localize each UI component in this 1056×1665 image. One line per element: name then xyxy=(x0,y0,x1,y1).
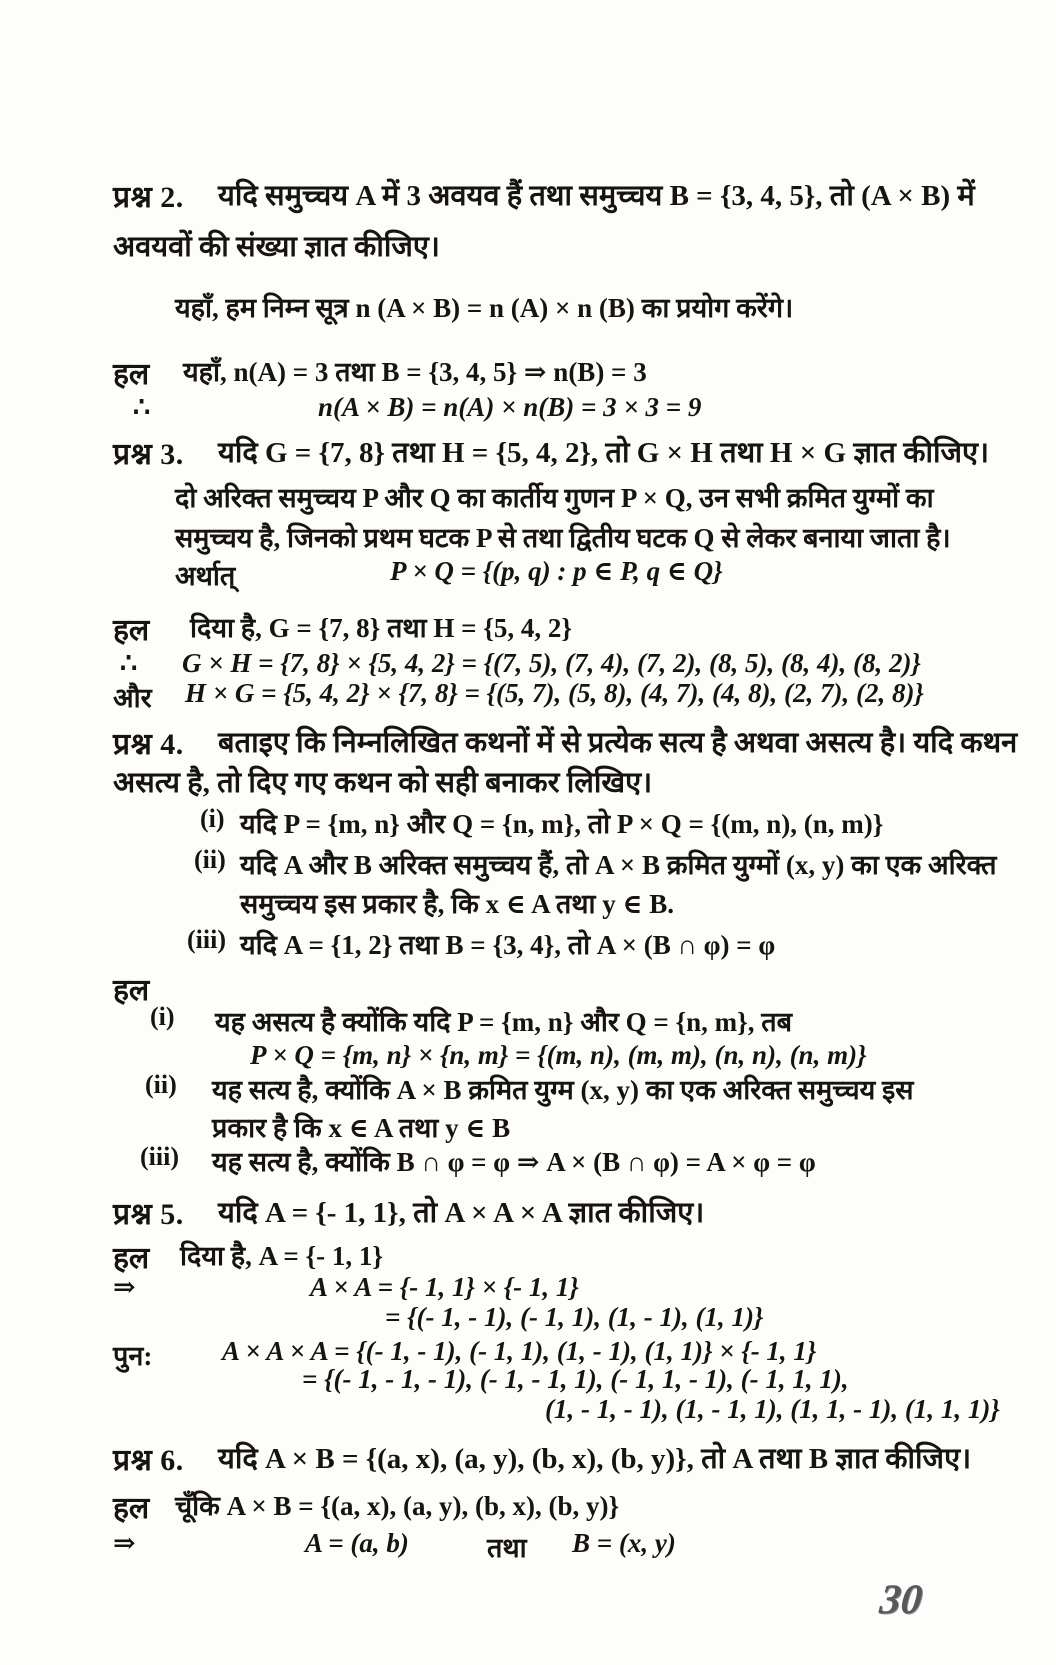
question-6-text: यदि A × B = {(a, x), (a, y), (b, x), (b,… xyxy=(218,1438,971,1477)
text-line: (iii)यह सत्य है, क्योंकि B ∩ φ = φ ⇒ A ×… xyxy=(0,1142,1056,1184)
item-i-marker: (i) xyxy=(200,804,225,834)
solution-2-text: यहाँ, n(A) = 3 तथा B = {3, 4, 5} ⇒ n(B) … xyxy=(183,352,647,389)
implies-symbol: ⇒ xyxy=(113,1528,136,1559)
question-3-label: प्रश्न 3. xyxy=(113,432,184,473)
solution-3-given: दिया है, G = {7, 8} तथा H = {5, 4, 2} xyxy=(190,608,572,645)
and-label: और xyxy=(113,678,152,715)
text-line: (i)यदि P = {m, n} और Q = {n, m}, तो P × … xyxy=(0,804,1056,846)
question-2-text: यदि समुच्चय A में 3 अवयव हैं तथा समुच्चय… xyxy=(218,175,975,214)
text-line: प्रश्न 3.यदि G = {7, 8} तथा H = {5, 4, 2… xyxy=(0,432,1056,474)
text-line: (ii)यह सत्य है, क्योंकि A × B क्रमित युग… xyxy=(0,1070,1056,1112)
implies-symbol: ⇒ xyxy=(113,1272,136,1303)
item-i-text: यदि P = {m, n} और Q = {n, m}, तो P × Q =… xyxy=(240,804,883,841)
text-line: (ii)यदि A और B अरिक्त समुच्चय हैं, तो A … xyxy=(0,845,1056,887)
solution-3-label: हल xyxy=(113,608,149,649)
text-line: प्रश्न 4.बताइए कि निम्नलिखित कथनों में स… xyxy=(0,722,1056,764)
text-line: हलदिया है, G = {7, 8} तथा H = {5, 4, 2} xyxy=(0,608,1056,650)
text-line: (iii)यदि A = {1, 2} तथा B = {3, 4}, तो A… xyxy=(0,925,1056,967)
equation: n(A × B) = n(A) × n(B) = 3 × 3 = 9 xyxy=(318,392,701,423)
solution-5-given: दिया है, A = {- 1, 1} xyxy=(180,1236,383,1273)
equation-h-cross-g: H × G = {5, 4, 2} × {7, 8} = {(5, 7), (5… xyxy=(185,678,924,709)
and-word: तथा xyxy=(487,1528,527,1565)
text-line: (i)यह असत्य है क्योंकि यदि P = {m, n} और… xyxy=(0,1002,1056,1044)
question-3-text: यदि G = {7, 8} तथा H = {5, 4, 2}, तो G ×… xyxy=(218,432,989,471)
textbook-page: प्रश्न 2.यदि समुच्चय A में 3 अवयव हैं तथ… xyxy=(0,0,1056,1665)
text-line: समुच्चय इस प्रकार है, कि x ∈ A तथा y ∈ B… xyxy=(0,884,1056,926)
therefore-symbol: ∴ xyxy=(120,648,137,679)
question-5-text: यदि A = {- 1, 1}, तो A × A × A ज्ञात कीज… xyxy=(218,1192,704,1231)
formula: P × Q = {(p, q) : p ∈ P, q ∈ Q} xyxy=(390,556,723,587)
text-line: अवयवों की संख्या ज्ञात कीजिए। xyxy=(0,226,1056,268)
equation-a-result: A = (a, b) xyxy=(305,1528,409,1559)
text-line: हलचूँकि A × B = {(a, x), (a, y), (b, x),… xyxy=(0,1486,1056,1528)
equation-a-cubed-result-2: (1, - 1, - 1), (1, - 1, 1), (1, 1, - 1),… xyxy=(545,1394,1000,1425)
definition-text: दो अरिक्त समुच्चय P और Q का कार्तीय गुणन… xyxy=(175,478,934,515)
question-2-text-wrap: अवयवों की संख्या ज्ञात कीजिए। xyxy=(113,226,440,265)
hint-text: यहाँ, हम निम्न सूत्र n (A × B) = n (A) ×… xyxy=(175,288,793,325)
item-iii-marker: (iii) xyxy=(187,925,226,955)
text-line: प्रश्न 6.यदि A × B = {(a, x), (a, y), (b… xyxy=(0,1438,1056,1480)
text-line: प्रश्न 2.यदि समुच्चय A में 3 अवयव हैं तथ… xyxy=(0,175,1056,217)
equation-a-cubed: A × A × A = {(- 1, - 1), (- 1, 1), (1, -… xyxy=(222,1336,816,1367)
text-line: दो अरिक्त समुच्चय P और Q का कार्तीय गुणन… xyxy=(0,478,1056,520)
item-ii-marker: (ii) xyxy=(194,845,226,875)
therefore-symbol: ∴ xyxy=(133,392,150,423)
question-4-text: बताइए कि निम्नलिखित कथनों में से प्रत्ये… xyxy=(218,722,1017,761)
question-4-label: प्रश्न 4. xyxy=(113,722,184,763)
answer-iii-marker: (iii) xyxy=(140,1142,179,1172)
answer-i-text: यह असत्य है क्योंकि यदि P = {m, n} और Q … xyxy=(215,1002,792,1039)
answer-ii-text: यह सत्य है, क्योंकि A × B क्रमित युग्म (… xyxy=(212,1070,914,1107)
equation-a-cross-a: A × A = {- 1, 1} × {- 1, 1} xyxy=(310,1272,579,1303)
text-line: औरH × G = {5, 4, 2} × {7, 8} = {(5, 7), … xyxy=(0,678,1056,720)
equation-b-result: B = (x, y) xyxy=(572,1528,676,1559)
text-line: असत्य है, तो दिए गए कथन को सही बनाकर लिख… xyxy=(0,762,1056,804)
question-5-label: प्रश्न 5. xyxy=(113,1192,184,1233)
item-iii-text: यदि A = {1, 2} तथा B = {3, 4}, तो A × (B… xyxy=(240,925,775,962)
text-line: प्रश्न 5.यदि A = {- 1, 1}, तो A × A × A … xyxy=(0,1192,1056,1234)
question-4-text-wrap: असत्य है, तो दिए गए कथन को सही बनाकर लिख… xyxy=(113,762,652,801)
text-line: ∴n(A × B) = n(A) × n(B) = 3 × 3 = 9 xyxy=(0,392,1056,434)
equation-a-cross-a-result: = {(- 1, - 1), (- 1, 1), (1, - 1), (1, 1… xyxy=(385,1302,763,1333)
answer-iii-text: यह सत्य है, क्योंकि B ∩ φ = φ ⇒ A × (B ∩… xyxy=(212,1142,816,1179)
solution-6-text: चूँकि A × B = {(a, x), (a, y), (b, x), (… xyxy=(175,1486,619,1523)
definition-text-wrap: समुच्चय है, जिनको प्रथम घटक P से तथा द्व… xyxy=(175,518,951,555)
that-is-label: अर्थात् xyxy=(175,556,235,593)
item-ii-text-wrap: समुच्चय इस प्रकार है, कि x ∈ A तथा y ∈ B… xyxy=(240,884,674,921)
text-line: (1, - 1, - 1), (1, - 1, 1), (1, 1, - 1),… xyxy=(0,1394,1056,1436)
item-ii-text: यदि A और B अरिक्त समुच्चय हैं, तो A × B … xyxy=(240,845,997,882)
text-line: यहाँ, हम निम्न सूत्र n (A × B) = n (A) ×… xyxy=(0,288,1056,330)
answer-ii-marker: (ii) xyxy=(145,1070,177,1100)
text-line: समुच्चय है, जिनको प्रथम घटक P से तथा द्व… xyxy=(0,518,1056,560)
equation-a-cubed-result-1: = {(- 1, - 1, - 1), (- 1, - 1, 1), (- 1,… xyxy=(302,1364,849,1395)
text-line: अर्थात्P × Q = {(p, q) : p ∈ P, q ∈ Q} xyxy=(0,556,1056,598)
equation-g-cross-h: G × H = {7, 8} × {5, 4, 2} = {(7, 5), (7… xyxy=(182,648,921,679)
question-6-label: प्रश्न 6. xyxy=(113,1438,184,1479)
text-line: ⇒A = (a, b)तथाB = (x, y) xyxy=(0,1528,1056,1570)
page-number: 30 xyxy=(877,1576,924,1624)
solution-5-label: हल xyxy=(113,1236,149,1277)
answer-i-marker: (i) xyxy=(150,1002,175,1032)
answer-ii-text-wrap: प्रकार है कि x ∈ A तथा y ∈ B xyxy=(212,1108,510,1145)
solution-2-label: हल xyxy=(113,352,149,393)
text-line: हलयहाँ, n(A) = 3 तथा B = {3, 4, 5} ⇒ n(B… xyxy=(0,352,1056,394)
question-2-label: प्रश्न 2. xyxy=(113,175,184,216)
solution-6-label: हल xyxy=(113,1486,149,1527)
answer-i-equation: P × Q = {m, n} × {n, m} = {(m, n), (m, m… xyxy=(250,1040,866,1071)
